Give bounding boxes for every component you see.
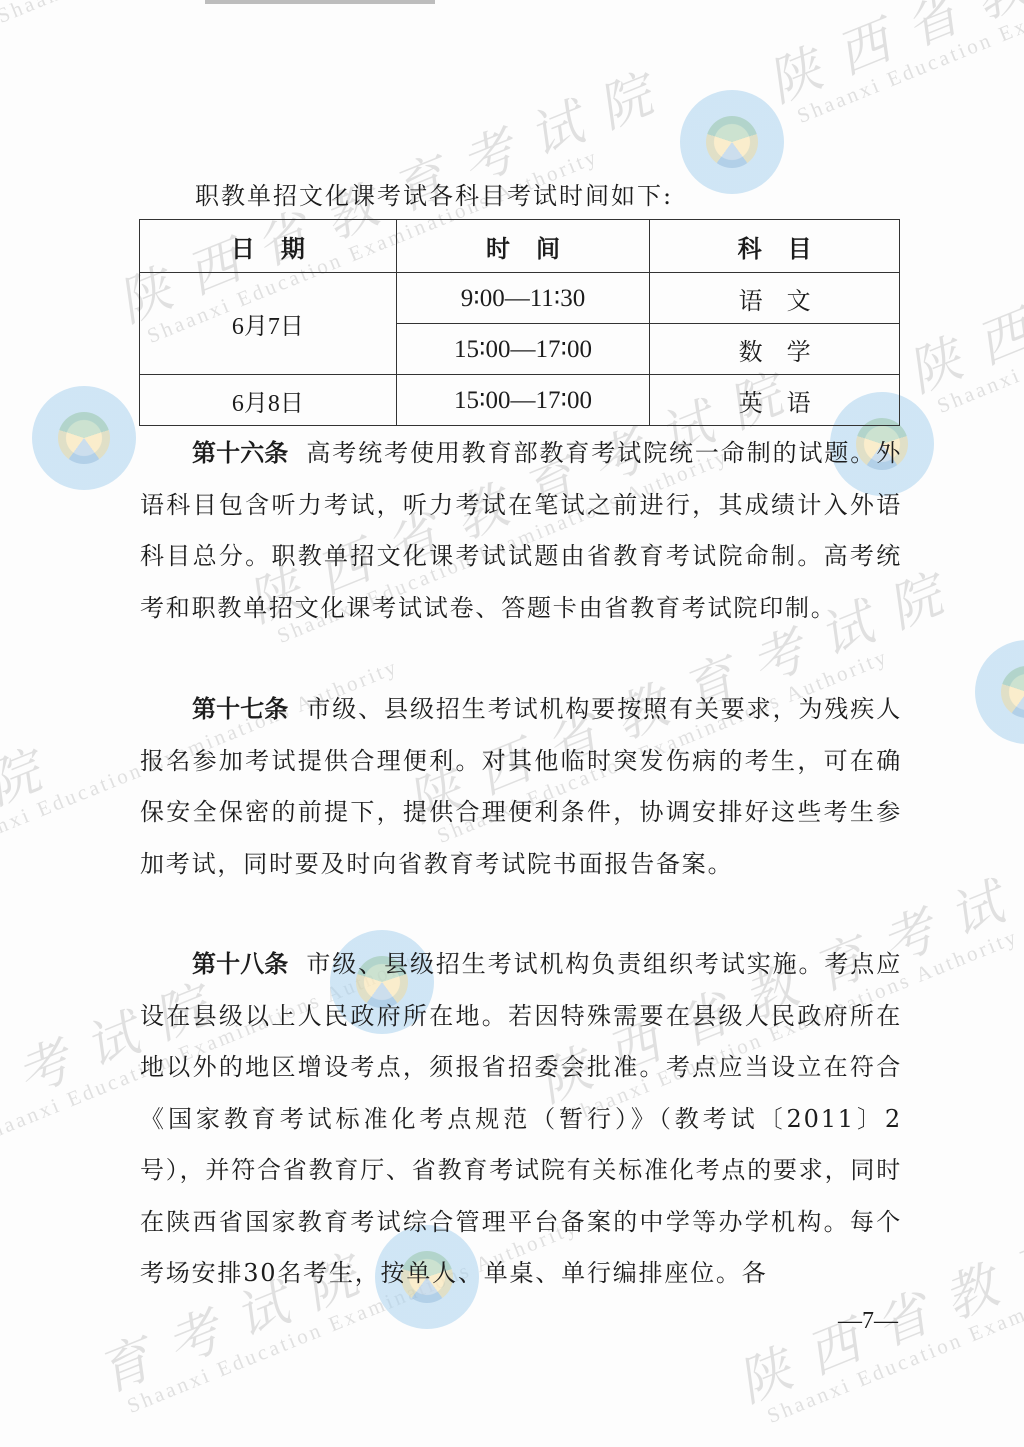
article-17: 第十七条市级、县级招生考试机构要按照有关要求，为残疾人报名参加考试提供合理便利。… [140, 684, 902, 890]
header-date: 日期 [140, 220, 397, 273]
article-16: 第十六条高考统考使用教育部教育考试院统一命制的试题。外语科目包含听力考试，听力考… [140, 428, 902, 634]
article-title: 第十七条 [192, 695, 288, 723]
sneea-logo-icon [975, 640, 1024, 744]
watermark: 陕西省教育考试院 Shaanxi Education Examinations … [0, 0, 539, 34]
article-text: 市级、县级招生考试机构负责组织考试实施。考点应设在县级以上人民政府所在地。若因特… [140, 950, 902, 1287]
cell-time: 15∶00—17∶00 [396, 324, 650, 375]
cell-date: 6月8日 [140, 375, 397, 426]
sneea-logo-icon [32, 386, 136, 490]
cell-date: 6月7日 [140, 273, 397, 375]
exam-schedule-table: 日期 时间 科目 6月7日 9∶00—11∶30 语文 15∶00—17∶00 … [139, 219, 900, 426]
header-time: 时间 [396, 220, 650, 273]
table-header-row: 日期 时间 科目 [140, 220, 900, 273]
cell-time: 9∶00—11∶30 [396, 273, 650, 324]
article-title: 第十六条 [192, 439, 288, 467]
cell-subject: 英语 [650, 375, 900, 426]
table-row: 6月8日 15∶00—17∶00 英语 [140, 375, 900, 426]
page-number: —7— [838, 1308, 898, 1335]
schedule-intro: 职教单招文化课考试各科目考试时间如下: [195, 176, 673, 211]
cell-time: 15∶00—17∶00 [396, 375, 650, 426]
header-subject: 科目 [650, 220, 900, 273]
sneea-logo-icon [680, 90, 784, 194]
cell-subject: 数学 [650, 324, 900, 375]
watermark: 陕西 Shaanxi [895, 281, 1024, 424]
table-row: 6月7日 9∶00—11∶30 语文 [140, 273, 900, 324]
cell-subject: 语文 [650, 273, 900, 324]
article-title: 第十八条 [192, 950, 288, 978]
watermark: 陕西省教育 Shaanxi Education Ex [755, 0, 1024, 134]
scan-edge-mark [205, 0, 435, 4]
article-18: 第十八条市级、县级招生考试机构负责组织考试实施。考点应设在县级以上人民政府所在地… [140, 939, 902, 1300]
